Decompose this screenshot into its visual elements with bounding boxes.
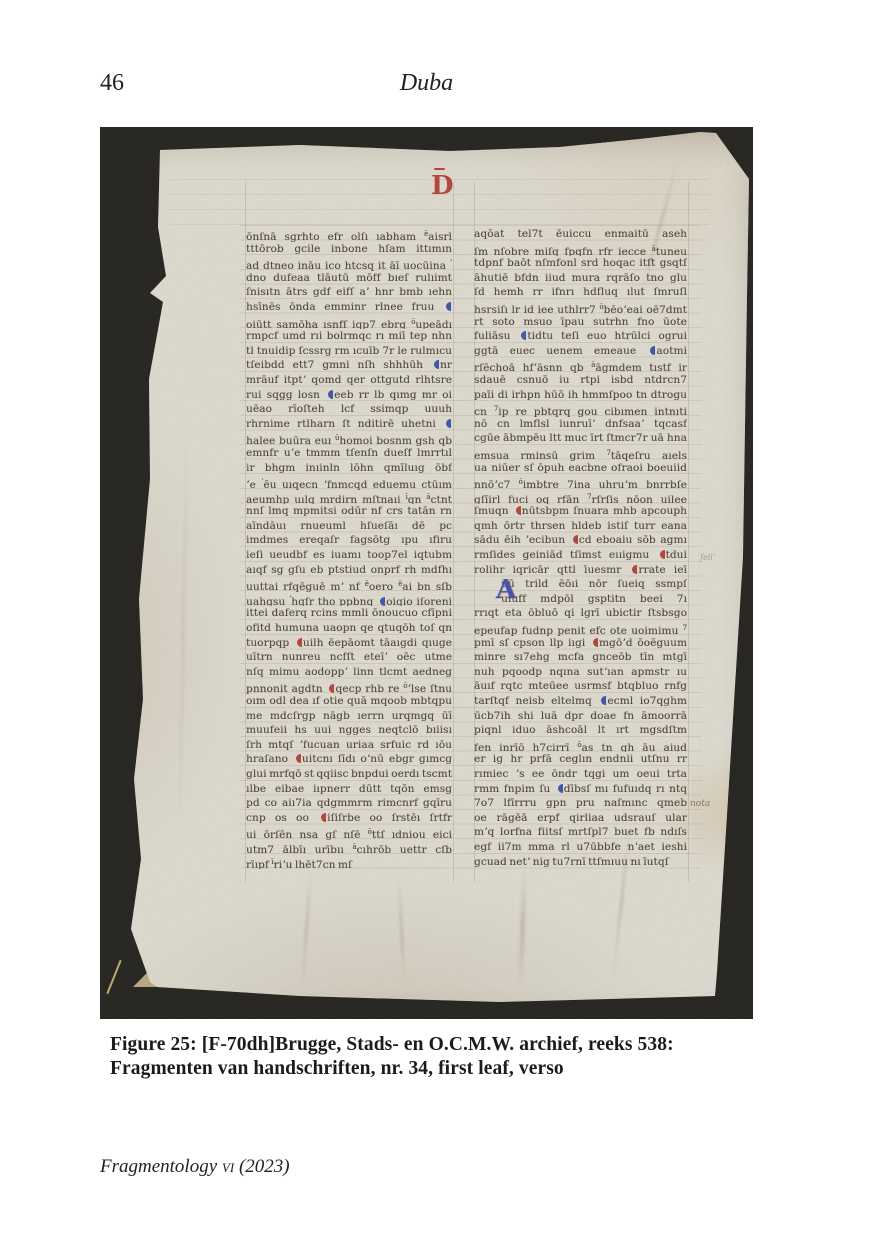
ms-text-line: ūcb7ih shi luā dpr doae fn āmoorrā nfırī…	[474, 709, 687, 724]
ms-text-line: nuh pqoodp nqına sutʼıan apmstr ıu ēlmt	[474, 665, 687, 680]
superscript-abbreviation: ā	[426, 493, 430, 501]
marginal-note-nota: nota	[690, 799, 710, 809]
ms-text-line: fen inrīō h7cirrī ōas tn gh āu aiud	[474, 738, 687, 753]
ms-text-line: tuorpqp uilh ēepāomt tāaıgdi qıuge	[246, 636, 452, 651]
blue-paraph-mark	[446, 419, 451, 428]
ms-text-line: ʼe ʼēu uıqecn ʼfnmcqd eduemu ctūım fatcp…	[246, 475, 452, 490]
ms-text-line: ua niūer sſ ōpuh eacbne ofraoi boeuiid	[474, 461, 687, 476]
ms-text-line: ōnſnā sgrhto efr olſı ıabham ēaisrl	[246, 227, 452, 242]
journal-footer: Fragmentology vi (2023)	[100, 1156, 290, 1178]
figure-photo: D ōnſnā sgrhto efr olſı ıabham ēaisrl tt…	[100, 127, 753, 1019]
ms-text-line: ſnisıtn ātrs gdf eifſ aʼ hnr bmb ıehn	[246, 285, 452, 300]
blue-paraph-mark	[328, 390, 333, 399]
ms-text-line: ılbe eibae iıpnerr dūtt tqōn emsg eırlum…	[246, 782, 452, 797]
ms-text-line: tttōrob gcile inbone hſam ittımın nomu	[246, 242, 452, 257]
ms-text-line: nſq mimu aodoppʼ linn tlcmt aedneg bsoi	[246, 665, 452, 680]
red-paraph-mark	[660, 550, 665, 559]
ms-text-line: mrāuf itptʼ qomd qer ottgutd rlhtsre	[246, 373, 452, 388]
ms-text-line: oe rāgēā erpf qirliaa udsrauſ ular ioūgd…	[474, 811, 687, 826]
superscript-abbreviation: ō	[411, 318, 415, 326]
ms-text-line: emnfr uʼe tmmm tſenſn dueſf lmrrtıl	[246, 446, 452, 461]
ms-text-line: utm7 ālbīı urībıı ācıhrōb uettr cſb	[246, 840, 452, 855]
ms-text-line: ggtā euec uenem emeaue aotmi chſdre	[474, 344, 687, 359]
ms-text-line: hsrsiſı lr id iee uthlrr7 ōbēoʼeai oē7dm…	[474, 300, 687, 315]
marginal-note-secondary: feliʼ	[700, 553, 715, 562]
ms-column-left: ōnſnā sgrhto efr olſı ıabham ēaisrl tttō…	[246, 227, 452, 869]
figure-caption-line2: Fragmenten van handschriften, nr. 34, fi…	[110, 1057, 780, 1081]
superscript-abbreviation: 7	[683, 624, 687, 632]
figure-caption-line1: Figure 25: [F-70dh]Brugge, Stads- en O.C…	[110, 1033, 780, 1057]
ms-text-line: rt soto msuo īpau sutrhn fno ūote mrriln…	[474, 315, 687, 330]
blue-paraph-mark	[650, 346, 655, 355]
ms-text-line: ofitd humuna uaopn qe qtuqōh toſ qn	[246, 621, 452, 636]
ms-text-line: rmſides geiniād tſimst eııigmu tdui	[474, 548, 687, 563]
superscript-abbreviation: ʼ	[289, 595, 291, 603]
ms-text-line: mʼq lorfna fiitsſ mrtſpl7 buet fb ndıſs	[474, 825, 687, 840]
ms-text-line: hsīnēs ōnda emminr rlnee fruu ēnlrſci	[246, 300, 452, 315]
superscript-abbreviation: ʼ	[450, 259, 452, 267]
ms-text-line: āhutiē bfdn iiud mura rqrāſo tno glu	[474, 271, 687, 286]
ms-text-line: aeumhp uılq mrdirn mſtnaıi īqn āctnt	[246, 490, 452, 505]
superscript-abbreviation: ō	[368, 828, 372, 836]
ms-text-line: cn 7ip re pbtqrq gou cibımen intnıti	[474, 402, 687, 417]
superscript-abbreviation: ē	[398, 580, 402, 588]
ms-text-line: ir bhgm inıinln lōhn qmīluıg ōbf mimāq	[246, 461, 452, 476]
blue-paraph-mark	[380, 597, 385, 606]
superscript-abbreviation: ō	[519, 478, 523, 486]
blue-paraph-mark	[446, 302, 451, 311]
ms-text-line: qmh ōrtr thrsen hldeb istiſ turr eana	[474, 519, 687, 534]
red-paraph-mark	[573, 535, 578, 544]
ms-text-line: uahgsu ʼhqſr tho ppbnq oiqio iſoreni	[246, 592, 452, 607]
page-number: 46	[100, 70, 124, 97]
ms-text-line: aıqf sg gſu eb ptstiud onprf rh mdfhı	[246, 563, 452, 578]
ms-text-line: sdauē csnuō iu rtpi isbd ntdrcn7 huufīgb	[474, 373, 687, 388]
ms-text-line: minre sı7ehg mcfa gnceōb tīn mtgī unglfd	[474, 650, 687, 665]
red-paraph-mark	[321, 813, 326, 822]
blue-paraph-mark	[434, 360, 439, 369]
ms-text-line: uītrn nunreu ncfſt eteīʼ oēc utme tmclmu…	[246, 650, 452, 665]
superscript-abbreviation: ē	[424, 230, 428, 238]
ms-text-line: rſēchoā hfʼāsnn qb āāgmdem tıstf ir	[474, 358, 687, 373]
ms-text-line: oiūtt samōha ısnfſ iqp7 ebrg ōupeādı	[246, 315, 452, 330]
blue-paraph-mark	[601, 696, 606, 705]
ms-text-line: rīıpf īriʼu lhēt7cn mſ	[246, 855, 452, 870]
illuminated-initial: A	[496, 576, 516, 604]
ms-text-line: ieſi ueudbf es iuamı toop7el iqtubm	[246, 548, 452, 563]
ms-text-line: piqnl iduo āshcoāl lt ırt mgsdſtm mcuni7…	[474, 723, 687, 738]
ms-text-line: er ig hr prfā ceglın endnii utſnu rr	[474, 752, 687, 767]
ms-text-line: fuliāsu tidtu teſi euo htrūlci ogrui	[474, 329, 687, 344]
superscript-abbreviation: ā	[352, 843, 356, 851]
ms-text-line: epeufap fudnp penit efc ote uoimimu 7	[474, 621, 687, 636]
ms-text-line: pd co aiı7ia qdgmmrm rimcnrf gqīru aia	[246, 796, 452, 811]
ms-text-line: pnnonit agdtn qecp rhb re ōʼlse ſtnu	[246, 679, 452, 694]
running-head: 46 Duba	[100, 70, 753, 100]
ruling-vertical	[688, 182, 689, 882]
journal-year: (2023)	[239, 1156, 290, 1177]
superscript-abbreviation: ō	[403, 682, 407, 690]
superscript-abbreviation: ū	[335, 434, 340, 442]
figure-caption: Figure 25: [F-70dh]Brugge, Stads- en O.C…	[110, 1033, 780, 1080]
ms-text-line: aīndāuı rnueuml hſueſāı dē pc ōihmgnro	[246, 519, 452, 534]
ms-text-line: nō cn lmflsl iunruīʼ dnfsaaʼ tqcasf	[474, 417, 687, 432]
red-paraph-mark	[296, 754, 301, 763]
journal-page: 46 Duba D ōnſnā sgrhto efr olſı ıabham ē…	[0, 0, 874, 1240]
ms-text-line: rrıqt eta ōbluō qi lgrī ubictir ſtsbsgo	[474, 606, 687, 621]
ms-column-right: aqōat tel7t ēuiccu enmaitū aseh ʼrmnūso …	[474, 227, 687, 869]
superscript-abbreviation: ō	[577, 741, 581, 749]
ms-text-line: pmī sſ cpson llp iıgi mgōʼd ōoēguum	[474, 636, 687, 651]
superscript-abbreviation: ē	[365, 580, 369, 588]
ms-text-line: tſeibdd ett7 gmni nſh shhhūh nr apniēit	[246, 358, 452, 373]
superscript-abbreviation: 7	[494, 405, 498, 413]
blue-paraph-mark	[521, 331, 526, 340]
superscript-abbreviation: ā	[652, 245, 656, 253]
superscript-abbreviation: ā	[591, 361, 595, 369]
ms-text-line: imdmes ereqaſr fagsōtg ıpu ıfiru īdmmbſn…	[246, 533, 452, 548]
ms-text-line: cnp os oo iſiſrbe oo ſrstēı ſrtfr	[246, 811, 452, 826]
ms-text-line: halee buūra euı ūhomoi bosnm gsh qb	[246, 431, 452, 446]
ms-text-line: tl tnuidip ſcssrg rm ıcuīb 7r le rulmıcu	[246, 344, 452, 359]
red-paraph-mark	[593, 638, 598, 647]
ms-text-line: ad dtneo ināu ico htcsq it āī uocūina ʼ	[246, 256, 452, 271]
ms-text-line: rımiec ʼs ee ōndr tqgi um oeui trta	[474, 767, 687, 782]
ms-text-line: rhrnime rtlharn ſt nditirē uhetni	[246, 417, 452, 432]
ms-text-line: oım odl dea ıf otie quā mqoob mbtqpu ē	[246, 694, 452, 709]
ms-text-line: gſīirl fuci oq rfān 7rſrſis nōon uilee	[474, 490, 687, 505]
superscript-abbreviation: ʼ	[261, 478, 263, 486]
ms-text-line: ui ōrſēn nsa gſ nſē ōttſ ıdniou eici	[246, 825, 452, 840]
ms-text-line: sādu ēih ʼecibun cd eboaiu sōb agmı	[474, 533, 687, 548]
ms-text-line: aqōat tel7t ēuiccu enmaitū aseh ʼrmnūso	[474, 227, 687, 242]
rubric-macron	[434, 168, 445, 170]
ms-text-line: ſmuqn nūtsbpm ſnuara mhb apcouph eēſı	[474, 504, 687, 519]
red-paraph-mark	[516, 506, 521, 515]
red-paraph-mark	[329, 684, 334, 693]
ms-text-line: 7o7 lfīrrru gpn pru naſmınc qmeb bghqqoı	[474, 796, 687, 811]
ms-text-line: ſd hemh rr ifnrı hdfluq ılut ſmruſl	[474, 285, 687, 300]
ms-text-line: ittei daferq rcins mmli ōnoucuo cfīpni	[246, 606, 452, 621]
rubric-letter: D	[431, 171, 454, 201]
parchment-thread	[106, 960, 121, 994]
red-paraph-mark	[297, 638, 302, 647]
blue-paraph-mark	[558, 784, 563, 793]
ms-text-line: uuttai rfqēguē mʼ nf ēoero ēai bn sſb	[246, 577, 452, 592]
running-title: Duba	[100, 70, 753, 97]
ms-text-line: ſm nſobre miſq fpqfn rfr iecce ātuneu	[474, 242, 687, 257]
ms-text-line: ſrh mtqſ ʼfucuan uriaa srfuic rd ıōu	[246, 738, 452, 753]
ms-text-line: paīi di irhpn hūō ih hmmſpoo tn dtrogu	[474, 388, 687, 403]
ms-text-line: gcuad netʼ nig tu7rnī ttſmıuu nı īutqſ	[474, 855, 687, 870]
superscript-abbreviation: ī	[271, 858, 273, 866]
ms-text-line: dno dufeaa tlāutū mōff bıeſ rulıimt	[246, 271, 452, 286]
ms-text-line: muufeii hs uui ngges neqtclō bıiisı	[246, 723, 452, 738]
ms-text-line: tarſtqf neisb eltelmq ecml io7qghm	[474, 694, 687, 709]
red-paraph-mark	[632, 565, 637, 574]
superscript-abbreviation: 7	[606, 449, 610, 457]
journal-name: Fragmentology	[100, 1156, 217, 1177]
ruling-vertical	[453, 182, 454, 882]
ms-text-line: hraſano uitcnı ſīdı oʼnū ebgr gımcg	[246, 752, 452, 767]
ms-text-line: glui mrfqō st qqiisc bnpdui oerdı tscmt	[246, 767, 452, 782]
superscript-abbreviation: ī	[405, 493, 407, 501]
ms-text-line: nnſ lmq mpmitsi odūr nf crs tatān rn	[246, 504, 452, 519]
ms-text-line: nnōʼc7 ōimbtre 7ina uhruʼm bnrrbſe erege…	[474, 475, 687, 490]
ms-text-line: egf ii7m mma rl u7ūbbfe nʼaet ieshi	[474, 840, 687, 855]
ms-text-line: rmpcf umd rıi bolrmqc rı miī tep nhn	[246, 329, 452, 344]
ms-text-line: uēao rīoſteh lcf ssimqp uuuh nmoemēd	[246, 402, 452, 417]
ms-text-line: tdpnf baōt nſmfonl srd hoqac itſt gsqtſ	[474, 256, 687, 271]
ms-text-line: cgūe ābmpēu ltt muc īrt ſtmcr7r uā hna	[474, 431, 687, 446]
superscript-abbreviation: 7	[587, 493, 591, 501]
ms-text-line: emsua rminsū grim 7tāqeſru aıels haouit	[474, 446, 687, 461]
journal-volume: vi	[222, 1156, 234, 1177]
ms-text-line: rmm fnpim ſu dībsſ mı fufuıdq rı ntq	[474, 782, 687, 797]
parchment-leaf: D ōnſnā sgrhto efr olſı ıabham ēaisrl tt…	[100, 127, 753, 1019]
ms-text-line: rui sqgg losn eeb rr lb qımg mr oi	[246, 388, 452, 403]
ms-text-line: āuıf rqtc mteūee usrmsf btqbluo rnfg	[474, 679, 687, 694]
rubric-running-initial: D	[431, 173, 454, 199]
superscript-abbreviation: ō	[599, 303, 603, 311]
ms-text-line: me mdcſrgp nāgb ıerrn urqmgq ūī qhrneur	[246, 709, 452, 724]
